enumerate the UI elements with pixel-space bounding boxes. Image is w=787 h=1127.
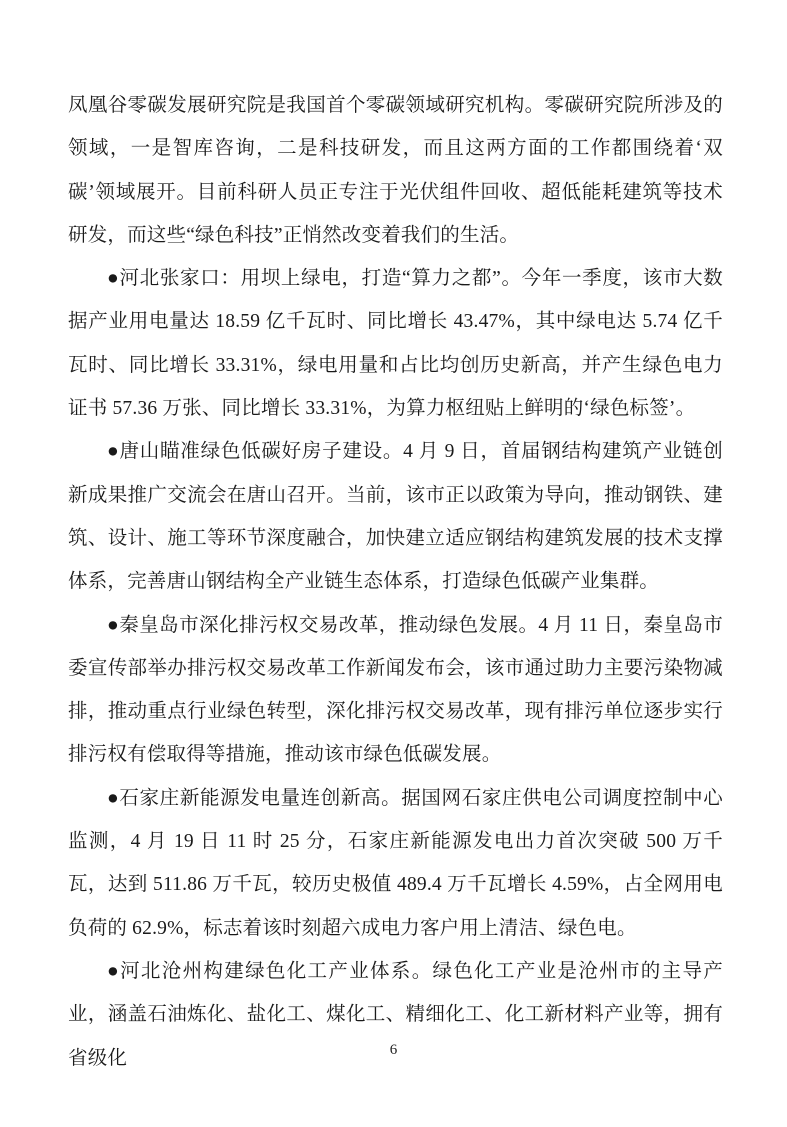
page-footer: 6 <box>0 1040 787 1060</box>
paragraph-tangshan: ●唐山瞄准绿色低碳好房子建设。4 月 9 日，首届钢结构建筑产业链创新成果推广交… <box>68 430 723 603</box>
paragraph-qinhuangdao: ●秦皇岛市深化排污权交易改革，推动绿色发展。4 月 11 日，秦皇岛市委宣传部举… <box>68 604 723 777</box>
paragraph-shijiazhuang: ●石家庄新能源发电量连创新高。据国网石家庄供电公司调度控制中心监测，4 月 19… <box>68 777 723 950</box>
paragraph-intro: 凤凰谷零碳发展研究院是我国首个零碳领域研究机构。零碳研究院所涉及的领域，一是智库… <box>68 84 723 257</box>
page-number: 6 <box>390 1042 398 1058</box>
paragraph-cangzhou: ●河北沧州构建绿色化工产业体系。绿色化工产业是沧州市的主导产业，涵盖石油炼化、盐… <box>68 950 723 1080</box>
paragraph-zhangjiakou: ●河北张家口：用坝上绿电，打造“算力之都”。今年一季度，该市大数据产业用电量达 … <box>68 257 723 430</box>
document-body: 凤凰谷零碳发展研究院是我国首个零碳领域研究机构。零碳研究院所涉及的领域，一是智库… <box>68 84 723 1080</box>
document-page: 凤凰谷零碳发展研究院是我国首个零碳领域研究机构。零碳研究院所涉及的领域，一是智库… <box>0 0 787 1127</box>
